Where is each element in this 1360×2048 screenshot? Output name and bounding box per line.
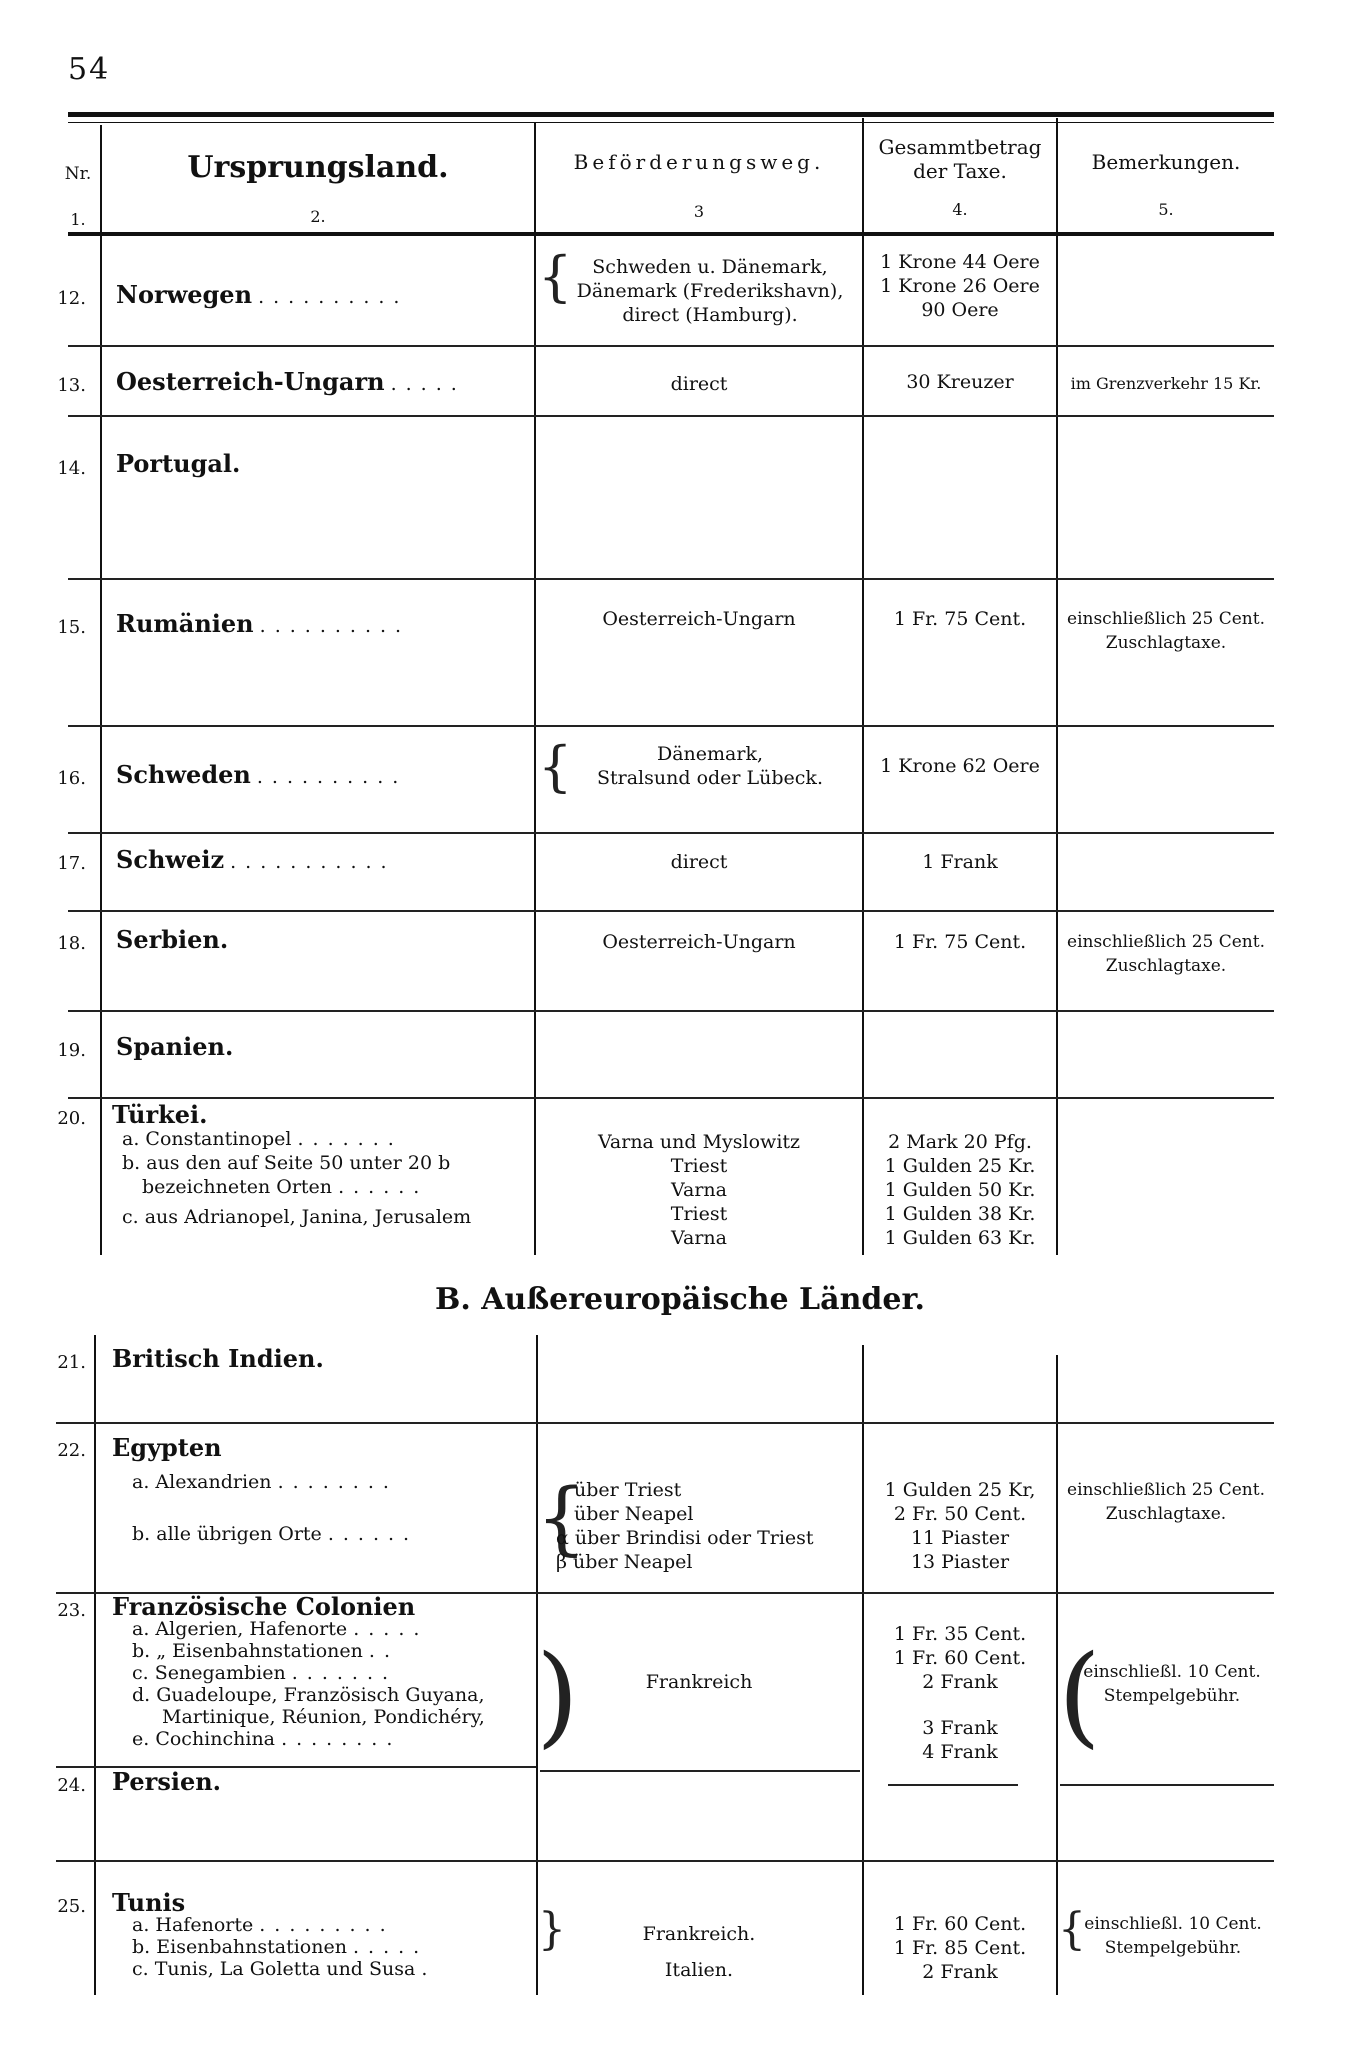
route-line: Varna [536, 1178, 862, 1202]
country-name: Schweden .......... [116, 763, 526, 789]
row-number: 21. [56, 1352, 86, 1373]
row-divider [68, 1010, 1274, 1012]
amount-line: 2 Frank [864, 1960, 1056, 1984]
page-number: 54 [68, 52, 110, 87]
country-name: Oesterreich-Ungarn ..... [116, 370, 526, 396]
remarks-cell: einschließlich 25 Cent. Zuschlagtaxe. [1058, 1478, 1274, 1526]
country-name: Portugal. [116, 452, 526, 478]
country-name: Französische Colonien a. Algerien, Hafen… [112, 1596, 532, 1750]
row-divider [68, 725, 1274, 727]
route-line: Schweden u. Dänemark, [560, 255, 860, 279]
sub-item: b. alle übrigen Orte ...... [112, 1522, 532, 1546]
sub-item: c. Tunis, La Goletta und Susa . [112, 1958, 532, 1980]
route-cell: Varna und Myslowitz Triest Varna Triest … [536, 1130, 862, 1250]
route-line: direct (Hamburg). [560, 303, 860, 327]
row-divider [68, 415, 1274, 417]
table-top-rule [68, 112, 1274, 117]
leader-dots: .......... [258, 286, 408, 308]
country-label: Oesterreich-Ungarn [116, 367, 385, 396]
table-top-thin-rule [68, 122, 1274, 123]
amount-line: 1 Gulden 63 Kr. [864, 1226, 1056, 1250]
country-label: Rumänien [116, 609, 254, 638]
leader-dots: .......... [257, 766, 407, 788]
header-origin-country: Ursprungsland. [102, 156, 534, 180]
amount-line: 4 Frank [864, 1740, 1056, 1764]
row-number: 18. [56, 933, 86, 954]
country-label: Norwegen [116, 280, 252, 309]
amount-line: 1 Fr. 35 Cent. [864, 1622, 1056, 1646]
row-divider [68, 1097, 1274, 1099]
country-label: Portugal. [116, 449, 240, 478]
amount-line: 11 Piaster [864, 1526, 1056, 1550]
sub-item: a. Hafenorte ......... [112, 1914, 532, 1936]
route-cell: Dänemark, Stralsund oder Lübeck. [560, 742, 860, 790]
remarks-line: einschließl. 10 Cent. [1070, 1660, 1274, 1684]
remarks-line: einschließlich 25 Cent. [1058, 1478, 1274, 1502]
row-divider [540, 1770, 860, 1772]
amount-line: 1 Krone 44 Oere [864, 250, 1056, 274]
route-line: über Neapel [556, 1502, 856, 1526]
route-line: über Triest [556, 1478, 856, 1502]
header-total-amount: Gesammtbetrag der Taxe. [864, 135, 1056, 183]
sub-item: a. Constantinopel ....... [112, 1127, 532, 1151]
country-label: Türkei. [112, 1103, 532, 1127]
header-route-number: 3 [536, 200, 862, 224]
route-cell: Schweden u. Dänemark, Dänemark (Frederik… [560, 255, 860, 327]
route-cell: Oesterreich-Ungarn [536, 607, 862, 631]
route-line: Dänemark, [560, 742, 860, 766]
amount-cell: 2 Mark 20 Pfg. 1 Gulden 25 Kr. 1 Gulden … [864, 1130, 1056, 1250]
remarks-line: einschließlich 25 Cent. [1058, 930, 1274, 954]
row-number: 17. [56, 853, 86, 874]
route-cell: direct [536, 372, 862, 396]
remarks-line: einschließlich 25 Cent. [1058, 607, 1274, 631]
remarks-cell: einschließlich 25 Cent. Zuschlagtaxe. [1058, 607, 1274, 655]
amount-line: 1 Gulden 25 Kr. [864, 1154, 1056, 1178]
amount-cell: 1 Gulden 25 Kr, 2 Fr. 50 Cent. 11 Piaste… [864, 1478, 1056, 1574]
amount-cell: 1 Fr. 35 Cent. 1 Fr. 60 Cent. 2 Frank 3 … [864, 1622, 1056, 1764]
header-remarks: Bemerkungen. [1058, 150, 1274, 174]
country-name: Spanien. [116, 1035, 526, 1061]
country-name: Egypten a. Alexandrien ........ b. alle … [112, 1436, 532, 1546]
section-b-heading: B. Außereuropäische Länder. [0, 1282, 1360, 1317]
amount-line: 1 Krone 26 Oere [864, 274, 1056, 298]
sub-item: c. aus Adrianopel, Janina, Jerusalem [112, 1205, 532, 1229]
country-name: Norwegen .......... [116, 283, 526, 309]
amount-line: 2 Mark 20 Pfg. [864, 1130, 1056, 1154]
country-name: Türkei. a. Constantinopel ....... b. aus… [112, 1103, 532, 1229]
amount-line: 1 Fr. 60 Cent. [864, 1912, 1056, 1936]
row-number: 25. [56, 1896, 86, 1917]
route-cell: Frankreich [536, 1670, 862, 1694]
row-number: 22. [56, 1440, 86, 1461]
route-line: Triest [536, 1154, 862, 1178]
route-line: Dänemark (Frederikshavn), [560, 279, 860, 303]
country-label: Britisch Indien. [112, 1344, 324, 1373]
country-label: Persien. [112, 1767, 221, 1796]
route-line: Varna und Myslowitz [536, 1130, 862, 1154]
row-divider [56, 1422, 1274, 1424]
header-origin-number: 2. [102, 205, 534, 229]
route-line: Stralsund oder Lübeck. [560, 766, 860, 790]
country-name: Rumänien .......... [116, 612, 526, 638]
leader-dots: ........... [230, 851, 395, 873]
amount-line: 2 Fr. 50 Cent. [864, 1502, 1056, 1526]
remarks-cell: im Grenzverkehr 15 Kr. [1058, 372, 1274, 396]
amount-line: 13 Piaster [864, 1550, 1056, 1574]
header-bottom-rule [68, 232, 1274, 236]
header-route: Beförderungsweg. [536, 150, 862, 174]
route-cell: Oesterreich-Ungarn [536, 930, 862, 954]
country-label: Französische Colonien [112, 1596, 532, 1618]
remarks-line: Zuschlagtaxe. [1058, 954, 1274, 978]
route-cell: Frankreich. Italien. [536, 1922, 862, 1982]
sub-item: bezeichneten Orten ...... [112, 1175, 532, 1199]
sub-item: b. Eisenbahnstationen ..... [112, 1936, 532, 1958]
sub-item: b. „ Eisenbahnstationen .. [112, 1640, 532, 1662]
country-label: Spanien. [116, 1032, 233, 1061]
row-number: 24. [56, 1775, 86, 1796]
row-number: 15. [56, 617, 86, 638]
header-nr-number: 1. [56, 208, 100, 232]
column-divider-1 [100, 125, 102, 1255]
row-number: 12. [56, 288, 86, 309]
country-label: Tunis [112, 1892, 532, 1914]
amount-line: 2 Frank [864, 1670, 1056, 1694]
sub-item: a. Algerien, Hafenorte ..... [112, 1618, 532, 1640]
route-line: β über Neapel [556, 1550, 856, 1574]
country-name: Serbien. [116, 928, 526, 954]
leader-dots: .......... [260, 615, 410, 637]
column-divider-2 [534, 122, 536, 1255]
amount-line: 3 Frank [864, 1716, 1056, 1740]
row-number: 19. [56, 1040, 86, 1061]
row-number: 16. [56, 768, 86, 789]
remarks-line: Stempelgebühr. [1072, 1936, 1274, 1960]
column-divider-4 [1056, 118, 1058, 1255]
row-divider [56, 1860, 1274, 1862]
country-name: Britisch Indien. [112, 1347, 532, 1373]
route-line: Triest [536, 1202, 862, 1226]
route-line: α über Brindisi oder Triest [556, 1526, 856, 1550]
amount-line: 1 Fr. 85 Cent. [864, 1936, 1056, 1960]
sub-item: Martinique, Réunion, Pondichéry, [112, 1706, 532, 1728]
sub-item: d. Guadeloupe, Französisch Guyana, [112, 1684, 532, 1706]
header-total-number: 4. [864, 198, 1056, 222]
country-name: Schweiz ........... [116, 848, 526, 874]
country-name: Tunis a. Hafenorte ......... b. Eisenbah… [112, 1892, 532, 1980]
sub-item: a. Alexandrien ........ [112, 1470, 532, 1494]
row-number: 14. [56, 458, 86, 479]
country-name: Persien. [112, 1770, 532, 1796]
remarks-cell: einschließlich 25 Cent. Zuschlagtaxe. [1058, 930, 1274, 978]
column-divider-1b [94, 1335, 96, 1995]
country-label: Serbien. [116, 925, 228, 954]
amount-cell: 1 Fr. 75 Cent. [864, 607, 1056, 631]
amount-cell: 1 Frank [864, 850, 1056, 874]
remarks-cell: einschließl. 10 Cent. Stempelgebühr. [1072, 1912, 1274, 1960]
header-nr: Nr. [56, 162, 100, 186]
leader-dots: ..... [391, 373, 466, 395]
row-divider [68, 832, 1274, 834]
sub-item: e. Cochinchina ........ [112, 1728, 532, 1750]
amount-line: 1 Gulden 38 Kr. [864, 1202, 1056, 1226]
header-remarks-number: 5. [1058, 198, 1274, 222]
amount-line: 90 Oere [864, 298, 1056, 322]
route-cell: direct [536, 850, 862, 874]
remarks-cell: einschließl. 10 Cent. Stempelgebühr. [1070, 1660, 1274, 1708]
country-label: Schweiz [116, 845, 224, 874]
amount-cell: 30 Kreuzer [864, 370, 1056, 394]
route-cell: über Triest über Neapel α über Brindisi … [556, 1478, 856, 1574]
country-label: Egypten [112, 1436, 532, 1460]
sub-item: b. aus den auf Seite 50 unter 20 b [112, 1151, 532, 1175]
amount-line: 1 Fr. 60 Cent. [864, 1646, 1056, 1670]
header-total-line1: Gesammtbetrag [864, 135, 1056, 159]
route-line: Italien. [536, 1958, 862, 1982]
row-number: 23. [56, 1600, 86, 1621]
amount-cell: 1 Fr. 60 Cent. 1 Fr. 85 Cent. 2 Frank [864, 1912, 1056, 1984]
amount-cell: 1 Krone 62 Oere [864, 754, 1056, 778]
row-divider [1060, 1784, 1274, 1786]
sub-item: c. Senegambien ....... [112, 1662, 532, 1684]
route-line: Frankreich. [536, 1922, 862, 1946]
amount-cell: 1 Krone 44 Oere 1 Krone 26 Oere 90 Oere [864, 250, 1056, 322]
row-divider [68, 345, 1274, 347]
route-line: Varna [536, 1226, 862, 1250]
remarks-line: Zuschlagtaxe. [1058, 631, 1274, 655]
header-total-line2: der Taxe. [864, 159, 1056, 183]
brace-icon: ) [536, 1640, 579, 1750]
row-divider [68, 578, 1274, 580]
amount-line: 1 Gulden 50 Kr. [864, 1178, 1056, 1202]
remarks-line: Zuschlagtaxe. [1058, 1502, 1274, 1526]
amount-cell: 1 Fr. 75 Cent. [864, 930, 1056, 954]
row-number: 13. [56, 375, 86, 396]
row-divider [888, 1784, 1018, 1786]
remarks-line: einschließl. 10 Cent. [1072, 1912, 1274, 1936]
country-label: Schweden [116, 760, 251, 789]
amount-line: 1 Gulden 25 Kr, [864, 1478, 1056, 1502]
row-divider [68, 910, 1274, 912]
remarks-line: Stempelgebühr. [1070, 1684, 1274, 1708]
row-number: 20. [56, 1108, 86, 1129]
